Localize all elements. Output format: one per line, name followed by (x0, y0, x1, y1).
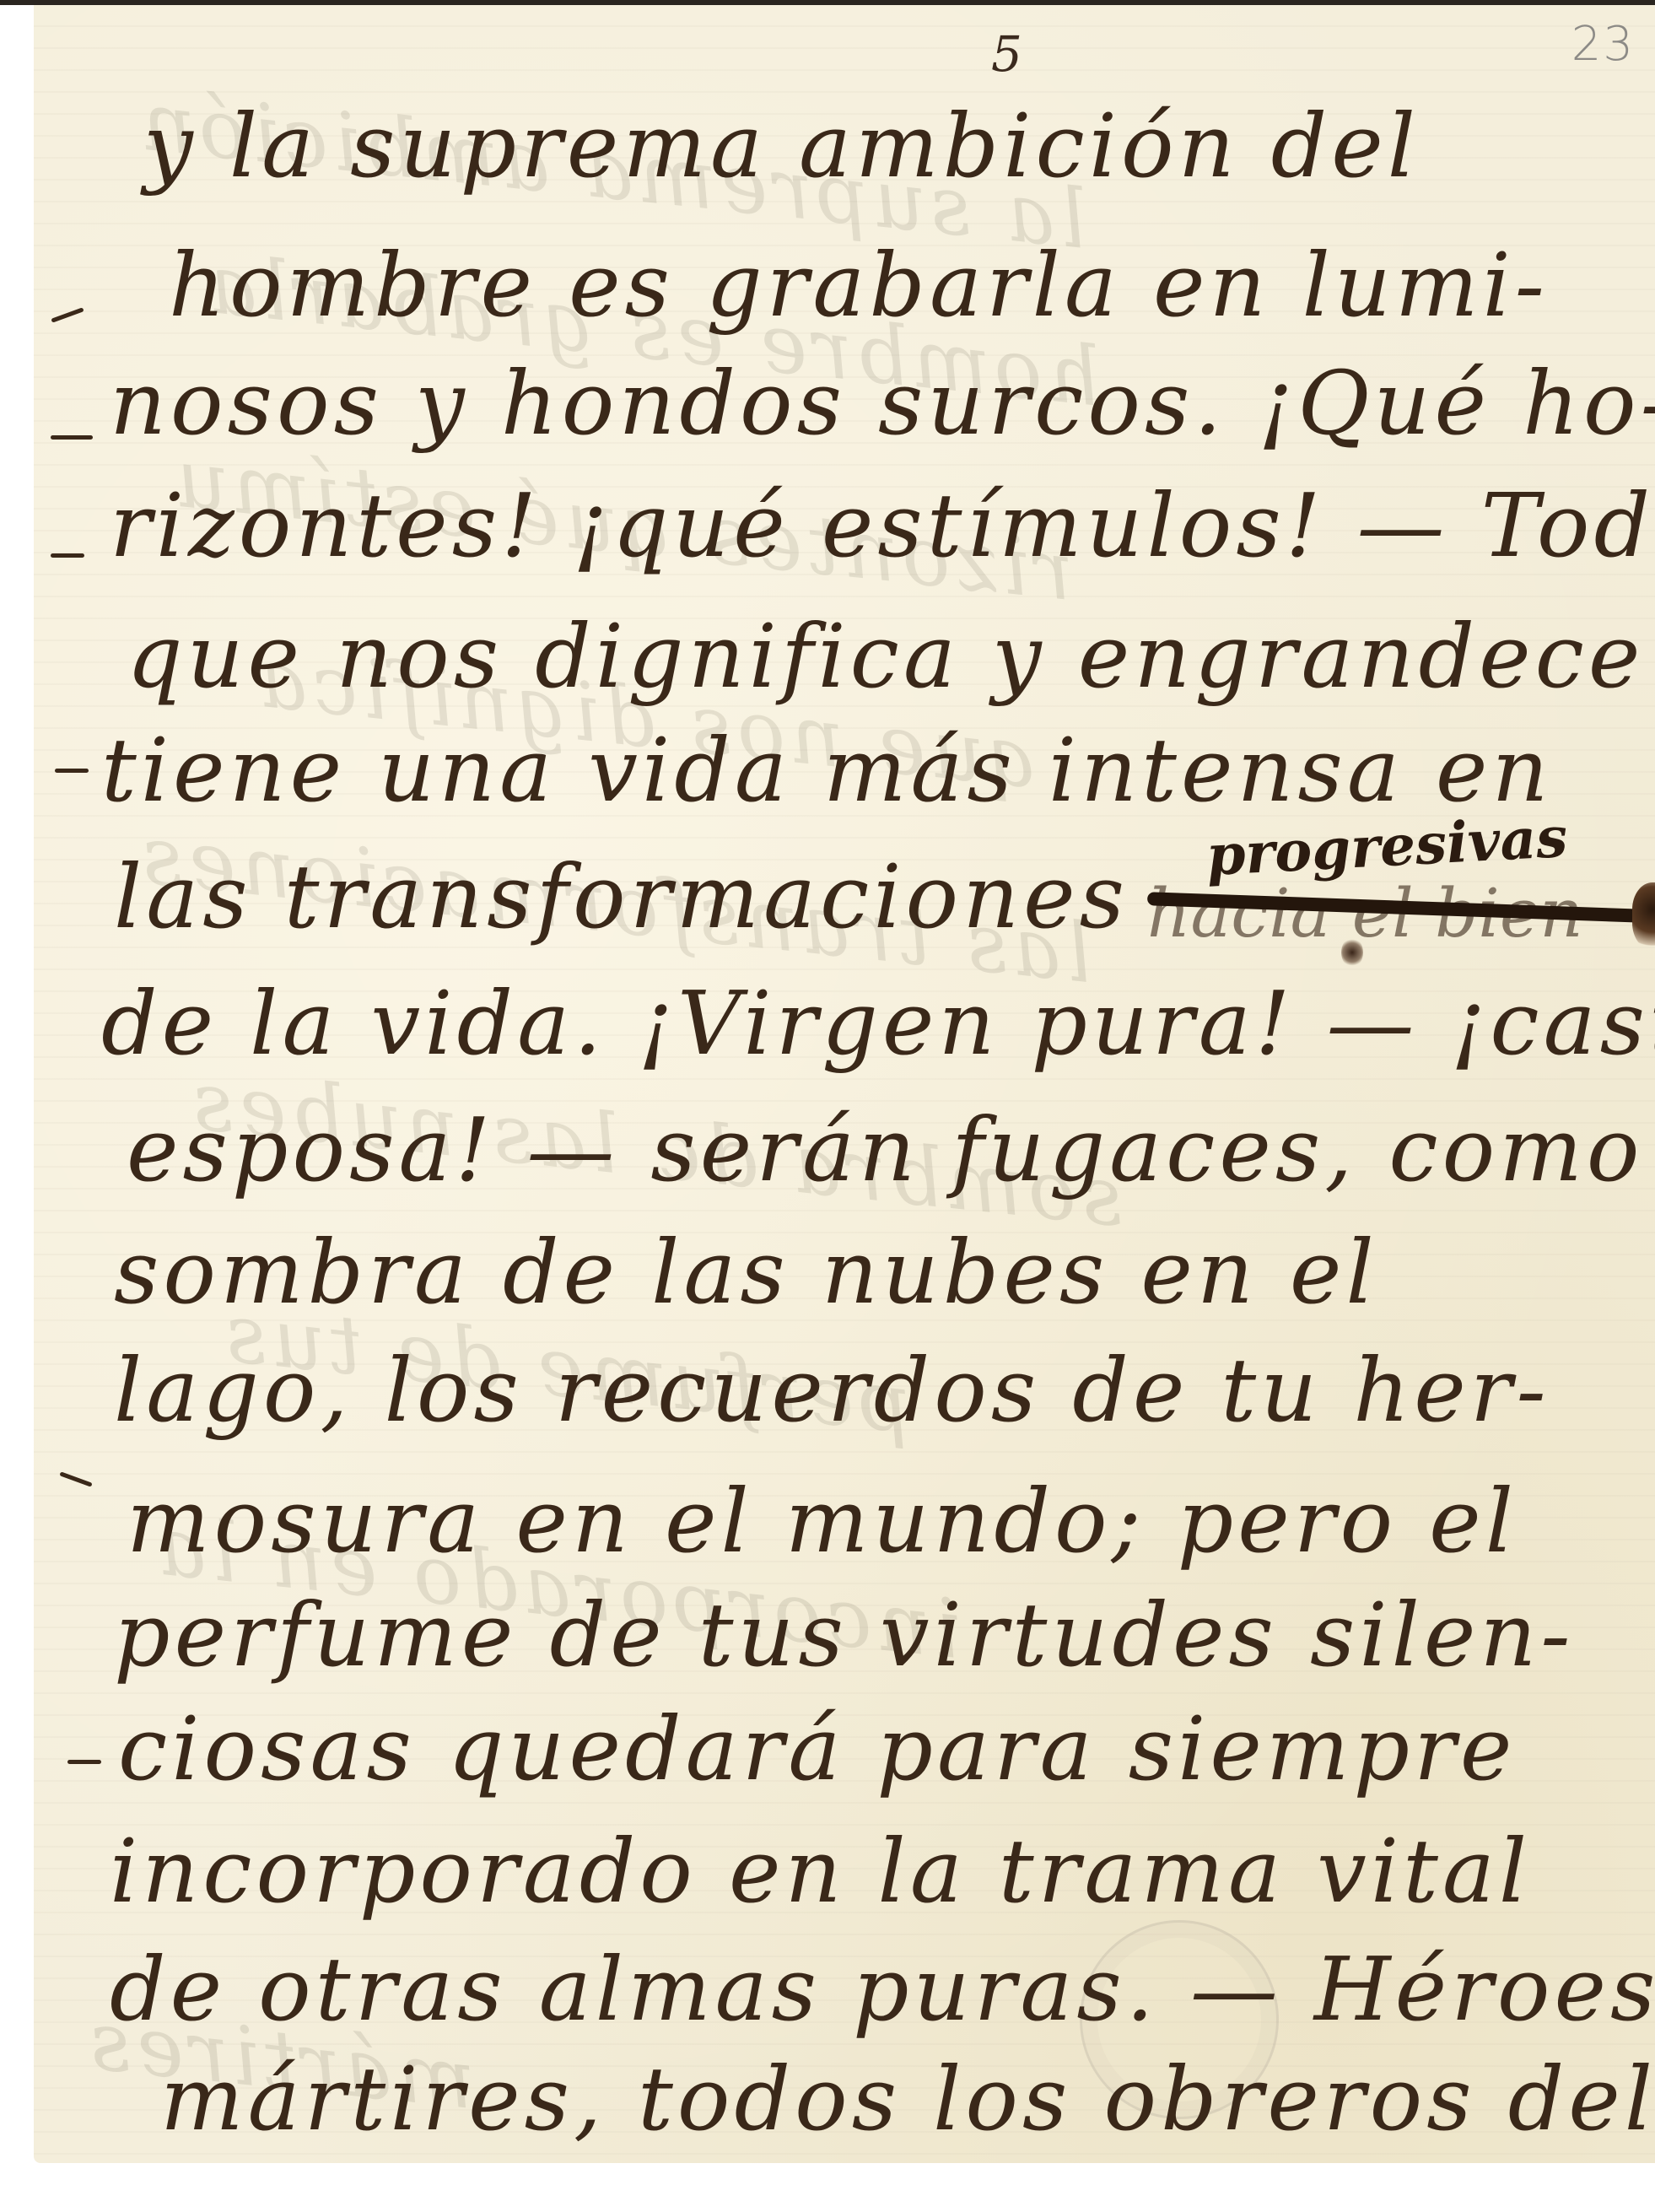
manuscript-line-17: mártires, todos los obreros del (160, 2055, 1655, 2143)
scan-left-margin (0, 5, 34, 2165)
manuscript-line-5: que nos dignifica y engrandece (127, 612, 1644, 700)
hyphen-mark (51, 435, 93, 440)
page-number-mark: 5 (991, 25, 1022, 83)
hyphen-mark (59, 1471, 92, 1486)
manuscript-line-2: hombre es grabarla en lumi- (169, 241, 1549, 329)
manuscript-line-15: incorporado en la trama vital (110, 1827, 1531, 1915)
manuscript-line-11: lago, los recuerdos de tu her- (114, 1346, 1550, 1434)
hyphen-mark (51, 307, 84, 322)
hyphen-mark (67, 1760, 101, 1764)
manuscript-line-8: de la vida. ¡Virgen pura! — ¡casta (101, 979, 1655, 1067)
manuscript-line-3: nosos y hondos surcos. ¡Qué ho- (110, 359, 1655, 447)
struck-through-text: hacia el bien (1147, 874, 1653, 908)
manuscript-line-12: mosura en el mundo; pero el (127, 1477, 1518, 1565)
manuscript-line-16: de otras almas puras. — Héroes (110, 1945, 1655, 2033)
manuscript-line-10: sombra de las nubes en el (114, 1228, 1378, 1316)
ink-blot (1632, 882, 1655, 950)
ink-spot (1341, 937, 1363, 968)
manuscript-line-6: tiene una vida más intensa en (101, 726, 1552, 814)
manuscript-page: la suprema ambición hombre es grabarla r… (34, 5, 1655, 2163)
hyphen-mark (55, 769, 89, 773)
manuscript-line-7: las transformaciones (114, 853, 1129, 941)
manuscript-line-9: esposa! — serán fugaces, como la (127, 1106, 1655, 1194)
manuscript-line-14: ciosas quedará para siempre (118, 1705, 1516, 1793)
manuscript-line-13: perfume de tus virtudes silen- (114, 1591, 1575, 1679)
manuscript-line-4: rizontes! ¡qué estímulos! — Todo lo (110, 482, 1655, 569)
folio-number: 23 (1571, 17, 1635, 72)
manuscript-line-1: y la suprema ambición del (143, 102, 1420, 190)
hyphen-mark (51, 553, 84, 558)
